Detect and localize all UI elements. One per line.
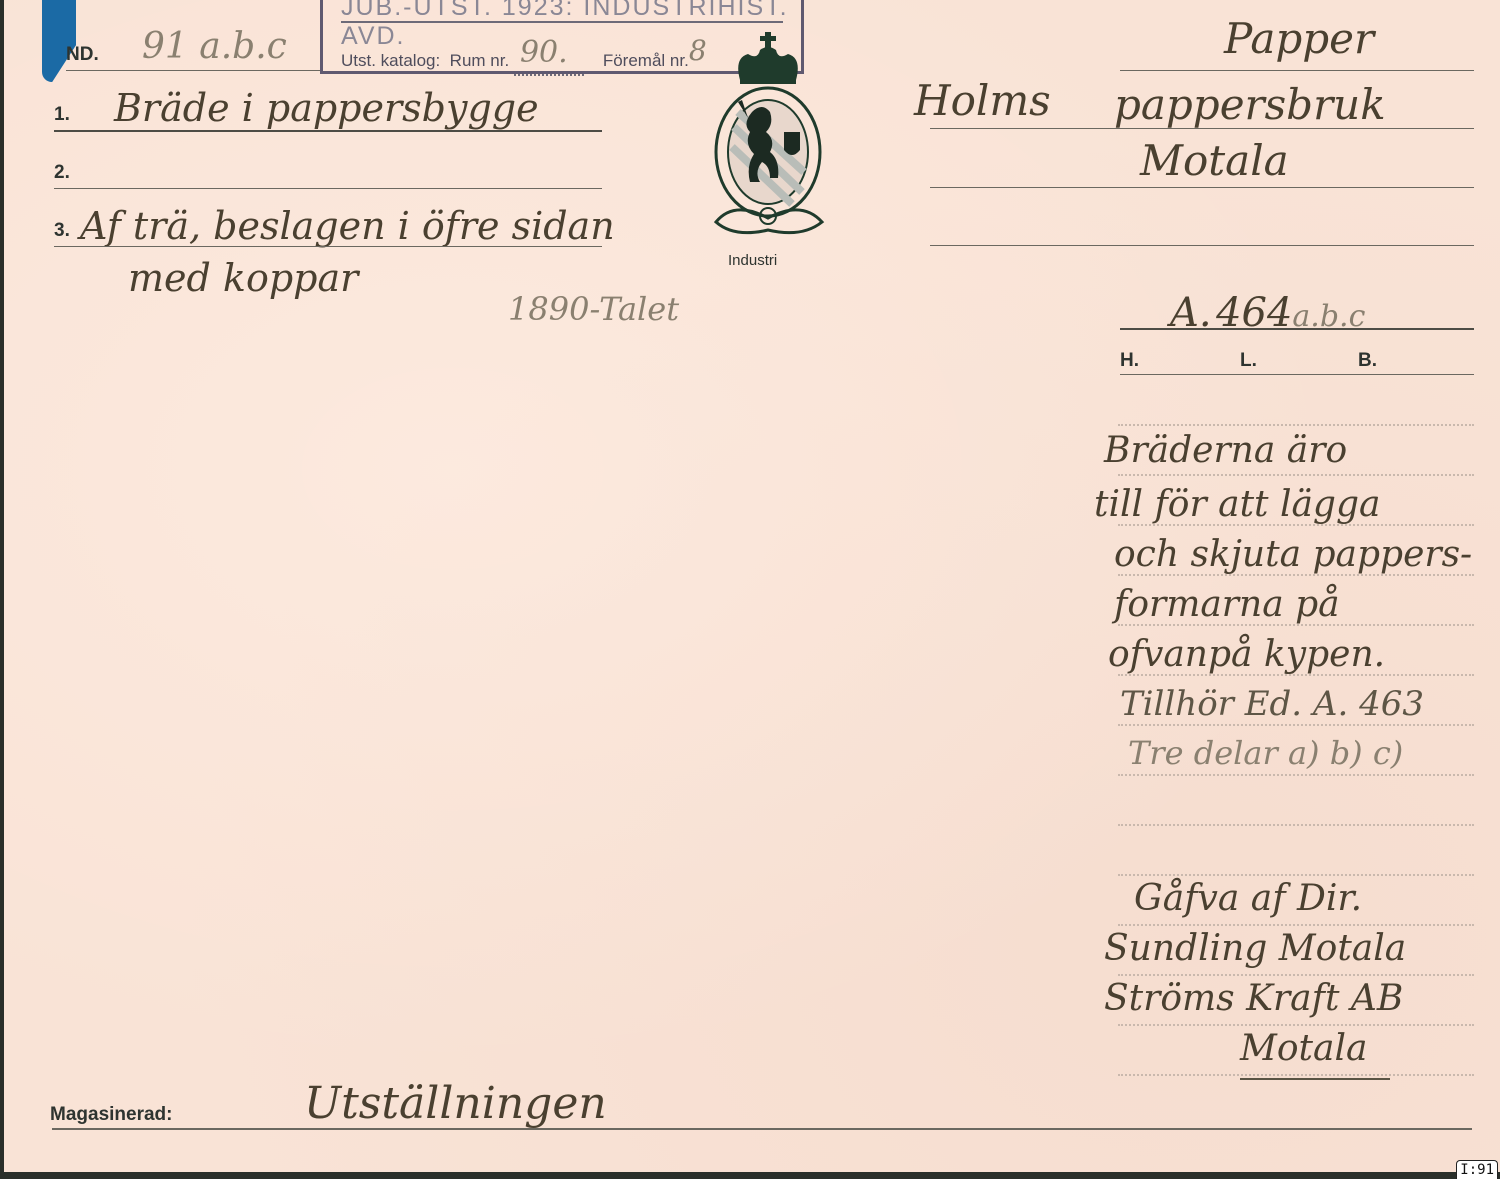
description-line: Bräderna äro	[1104, 430, 1347, 471]
description-line: till för att lägga	[1094, 484, 1380, 525]
desc-dotline	[1118, 424, 1474, 426]
room-field: 90.	[514, 39, 584, 76]
origin-line-1: Papper	[1224, 14, 1374, 63]
nd-value: 91 a.b.c	[142, 26, 287, 67]
field-3-value: Af trä, beslagen i öfre sidan	[80, 204, 615, 248]
desc-dotline	[1118, 1074, 1474, 1076]
length-label: L.	[1240, 350, 1257, 372]
field-3-rule	[54, 246, 602, 247]
field-2-label: 2.	[54, 162, 70, 184]
desc-dotline	[1118, 724, 1474, 726]
desc-dotline	[1118, 824, 1474, 826]
object-label: Föremål nr.	[603, 51, 689, 70]
storage-rule	[52, 1128, 1472, 1130]
desc-dotline	[1118, 474, 1474, 476]
description-line: Tillhör Ed. A. 463	[1120, 684, 1424, 724]
description-line: och skjuta pappers-	[1114, 534, 1472, 575]
field-3-continuation: med koppar	[128, 256, 358, 300]
description-line: Sundling Motala	[1104, 928, 1406, 969]
height-label: H.	[1120, 350, 1139, 372]
nd-label: ND.	[66, 44, 99, 66]
motala-underline	[1240, 1078, 1390, 1080]
storage-label: Magasinerad:	[50, 1104, 172, 1126]
field-3-label: 3.	[54, 220, 70, 242]
desc-dotline	[1118, 974, 1474, 976]
description-line: Gåfva af Dir.	[1134, 878, 1362, 919]
desc-dotline	[1118, 874, 1474, 876]
stamp-divider	[341, 21, 783, 23]
desc-dotline	[1118, 924, 1474, 926]
description-line: ofvanpå kypen.	[1108, 634, 1385, 675]
description-line: Motala	[1240, 1028, 1367, 1069]
page-tag: I:91	[1456, 1160, 1498, 1179]
origin-rule-3	[930, 187, 1474, 188]
nd-rule	[66, 70, 320, 71]
origin-line-3: Motala	[1140, 136, 1289, 185]
inventory-rule	[1120, 328, 1474, 330]
origin-line-2-right: pappersbruk	[1114, 80, 1386, 129]
field-1-value: Bräde i pappersbygge	[114, 86, 539, 130]
room-label: Rum nr.	[450, 51, 510, 70]
description-line: Tre delar a) b) c)	[1128, 734, 1403, 772]
coat-of-arms-icon	[704, 32, 834, 242]
field-2-rule	[54, 188, 602, 189]
description-line: formarna på	[1114, 584, 1340, 625]
desc-dotline	[1118, 1024, 1474, 1026]
date-note: 1890-Talet	[508, 290, 679, 328]
emblem-label: Industri	[728, 252, 777, 269]
field-1-rule	[54, 130, 602, 132]
breadth-label: B.	[1358, 350, 1377, 372]
catalog-card: JUB.-UTST. 1923: INDUSTRIHIST. AVD. Utst…	[4, 0, 1500, 1172]
storage-value: Utställningen	[304, 1078, 607, 1129]
origin-rule-2	[930, 128, 1474, 129]
catalog-label: Utst. katalog:	[341, 51, 440, 70]
origin-line-2-left: Holms	[914, 76, 1051, 125]
field-1-label: 1.	[54, 104, 70, 126]
description-line: Ströms Kraft AB	[1104, 978, 1403, 1019]
stamp-catalog-line: Utst. katalog: Rum nr. 90. Föremål nr.8	[341, 39, 707, 76]
room-value: 90.	[520, 35, 568, 70]
desc-dotline	[1118, 774, 1474, 776]
dimensions-rule	[1120, 374, 1474, 375]
origin-rule-4	[930, 245, 1474, 246]
origin-rule-1	[1120, 70, 1474, 71]
